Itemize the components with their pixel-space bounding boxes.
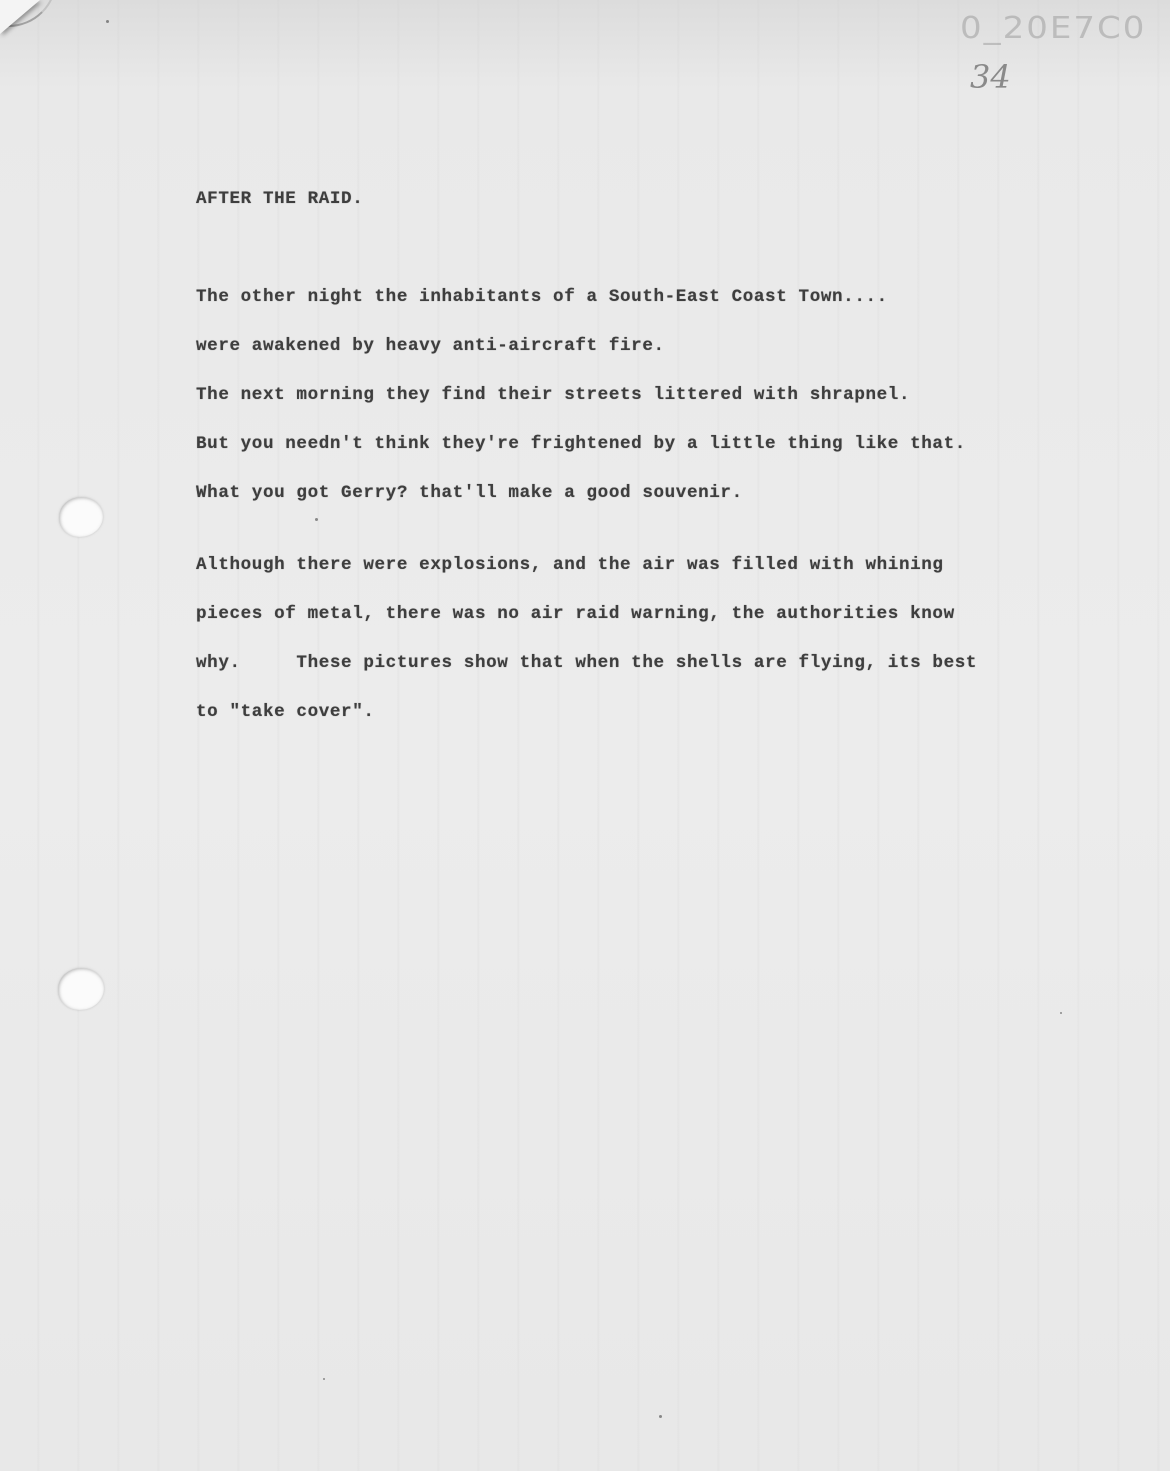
ink-speck <box>323 1378 325 1380</box>
punch-hole-bottom <box>58 968 104 1010</box>
text-line: What you got Gerry? that'll make a good … <box>196 480 977 529</box>
archive-reference: 0_20E7C0 <box>960 10 1146 46</box>
typescript-body: AFTER THE RAID. The other night the inha… <box>196 186 977 748</box>
text-line: The next morning they find their streets… <box>196 382 977 431</box>
text-line: were awakened by heavy anti-aircraft fir… <box>196 333 977 382</box>
paragraph-2: Although there were explosions, and the … <box>196 552 977 748</box>
ink-speck <box>106 20 109 23</box>
text-line: But you needn't think they're frightened… <box>196 431 977 480</box>
scanned-page: 0_20E7C0 34 AFTER THE RAID. The other ni… <box>0 0 1170 1471</box>
punch-hole-top <box>59 497 103 537</box>
text-line: Although there were explosions, and the … <box>196 552 977 601</box>
text-line: The other night the inhabitants of a Sou… <box>196 284 977 333</box>
folded-corner <box>0 0 40 34</box>
ink-speck <box>1060 1012 1062 1014</box>
paragraph-1: The other night the inhabitants of a Sou… <box>196 284 977 529</box>
text-line: to "take cover". <box>196 699 977 748</box>
document-title: AFTER THE RAID. <box>196 186 977 212</box>
ink-speck <box>659 1415 662 1418</box>
text-line: pieces of metal, there was no air raid w… <box>196 601 977 650</box>
handwritten-page-number: 34 <box>970 58 1011 96</box>
text-line: why. These pictures show that when the s… <box>196 650 977 699</box>
